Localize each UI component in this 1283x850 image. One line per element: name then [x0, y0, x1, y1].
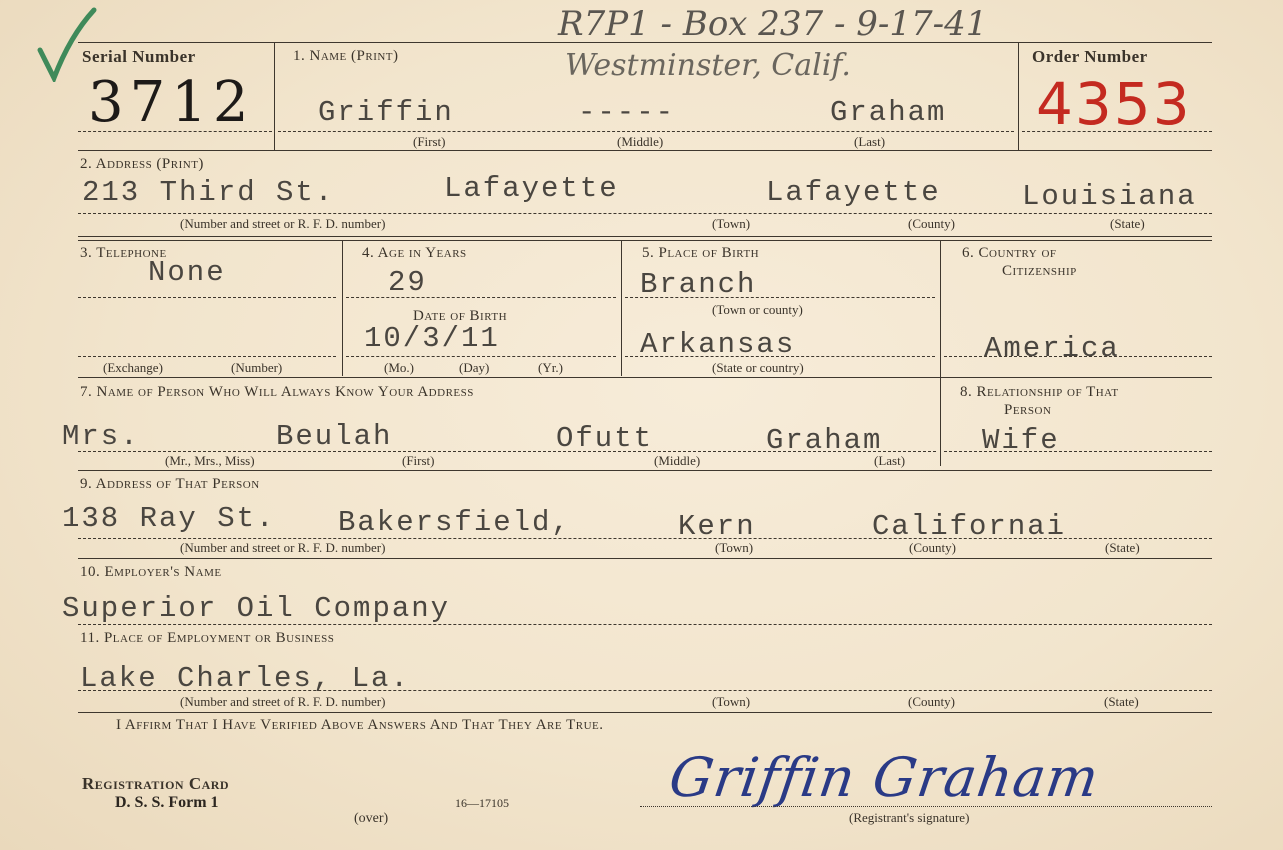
contact-county-caption: (County)	[909, 540, 956, 556]
contact-street-caption: (Number and street or R. F. D. number)	[180, 540, 385, 556]
exchange-caption: (Exchange)	[103, 360, 163, 376]
citizenship-label-line1: 6. Country of	[962, 245, 1057, 262]
last-caption: (Last)	[854, 134, 885, 150]
registrant-signature: Griffin Graham	[666, 746, 1104, 809]
address-state-caption: (State)	[1110, 216, 1145, 232]
relationship-label-line2: Person	[1004, 402, 1051, 419]
employment-state-caption: (State)	[1104, 694, 1139, 710]
contact-first-caption: (First)	[402, 453, 435, 469]
affirmation-text: I Affirm That I Have Verified Above Answ…	[116, 717, 603, 734]
address-county-caption: (County)	[908, 216, 955, 232]
contact-town-value: Bakersfield,	[338, 506, 571, 539]
contact-first-value: Beulah	[276, 420, 392, 453]
contact-last-value: Graham	[766, 424, 882, 457]
print-code: 16—17105	[455, 796, 509, 811]
birthplace-label: 5. Place of Birth	[642, 245, 759, 262]
contact-title-caption: (Mr., Mrs., Miss)	[165, 453, 255, 469]
first-caption: (First)	[413, 134, 446, 150]
number-caption: (Number)	[231, 360, 282, 376]
middle-caption: (Middle)	[617, 134, 663, 150]
address-state-value: Louisiana	[1022, 180, 1197, 213]
address-town-value: Lafayette	[444, 172, 619, 205]
address-label: 2. Address (Print)	[80, 156, 204, 173]
serial-number-value: 3712	[88, 70, 255, 135]
citizenship-value: America	[984, 332, 1120, 365]
location-note: Westminster, Calif.	[565, 48, 851, 83]
month-caption: (Mo.)	[384, 360, 414, 376]
header-note: R7P1 - Box 237 - 9-17-41	[558, 4, 987, 44]
form-title: Registration Card	[82, 774, 229, 794]
employment-street-caption: (Number and street of R. F. D. number)	[180, 694, 385, 710]
contact-street-value: 138 Ray St.	[62, 502, 275, 535]
signature-caption: (Registrant's signature)	[849, 810, 969, 826]
first-name-value: Griffin	[318, 96, 454, 129]
serial-number-label: Serial Number	[82, 47, 196, 67]
name-label: 1. Name (Print)	[293, 48, 399, 65]
middle-name-value: -----	[578, 96, 675, 129]
contact-address-label: 9. Address of That Person	[80, 476, 260, 493]
contact-label: 7. Name of Person Who Will Always Know Y…	[80, 384, 474, 401]
age-label: 4. Age in Years	[362, 245, 467, 262]
address-county-value: Lafayette	[766, 176, 941, 209]
birth-state-caption: (State or country)	[712, 360, 804, 376]
relationship-value: Wife	[982, 424, 1060, 457]
citizenship-label-line2: Citizenship	[1002, 263, 1077, 280]
employment-place-label: 11. Place of Employment or Business	[80, 630, 334, 647]
form-number: D. S. S. Form 1	[115, 794, 219, 812]
contact-title-value: Mrs.	[62, 420, 140, 453]
employment-town-caption: (Town)	[712, 694, 750, 710]
order-number-value: 4353	[1036, 70, 1192, 138]
contact-state-caption: (State)	[1105, 540, 1140, 556]
contact-last-caption: (Last)	[874, 453, 905, 469]
employer-value: Superior Oil Company	[62, 592, 450, 625]
dob-value: 10/3/11	[364, 322, 500, 355]
order-number-label: Order Number	[1032, 47, 1148, 67]
address-street-value: 213 Third St.	[82, 176, 334, 209]
contact-town-caption: (Town)	[715, 540, 753, 556]
age-value: 29	[388, 266, 427, 299]
relationship-label-line1: 8. Relationship of That	[960, 384, 1119, 401]
last-name-value: Graham	[830, 96, 946, 129]
over-label: (over)	[354, 811, 388, 827]
employer-label: 10. Employer's Name	[80, 564, 222, 581]
day-caption: (Day)	[459, 360, 489, 376]
year-caption: (Yr.)	[538, 360, 563, 376]
contact-middle-caption: (Middle)	[654, 453, 700, 469]
address-town-caption: (Town)	[712, 216, 750, 232]
telephone-value: None	[148, 256, 226, 289]
employment-county-caption: (County)	[908, 694, 955, 710]
registration-card: R7P1 - Box 237 - 9-17-41 Westminster, Ca…	[0, 0, 1283, 850]
address-street-caption: (Number and street or R. F. D. number)	[180, 216, 385, 232]
birth-town-caption: (Town or county)	[712, 302, 803, 318]
